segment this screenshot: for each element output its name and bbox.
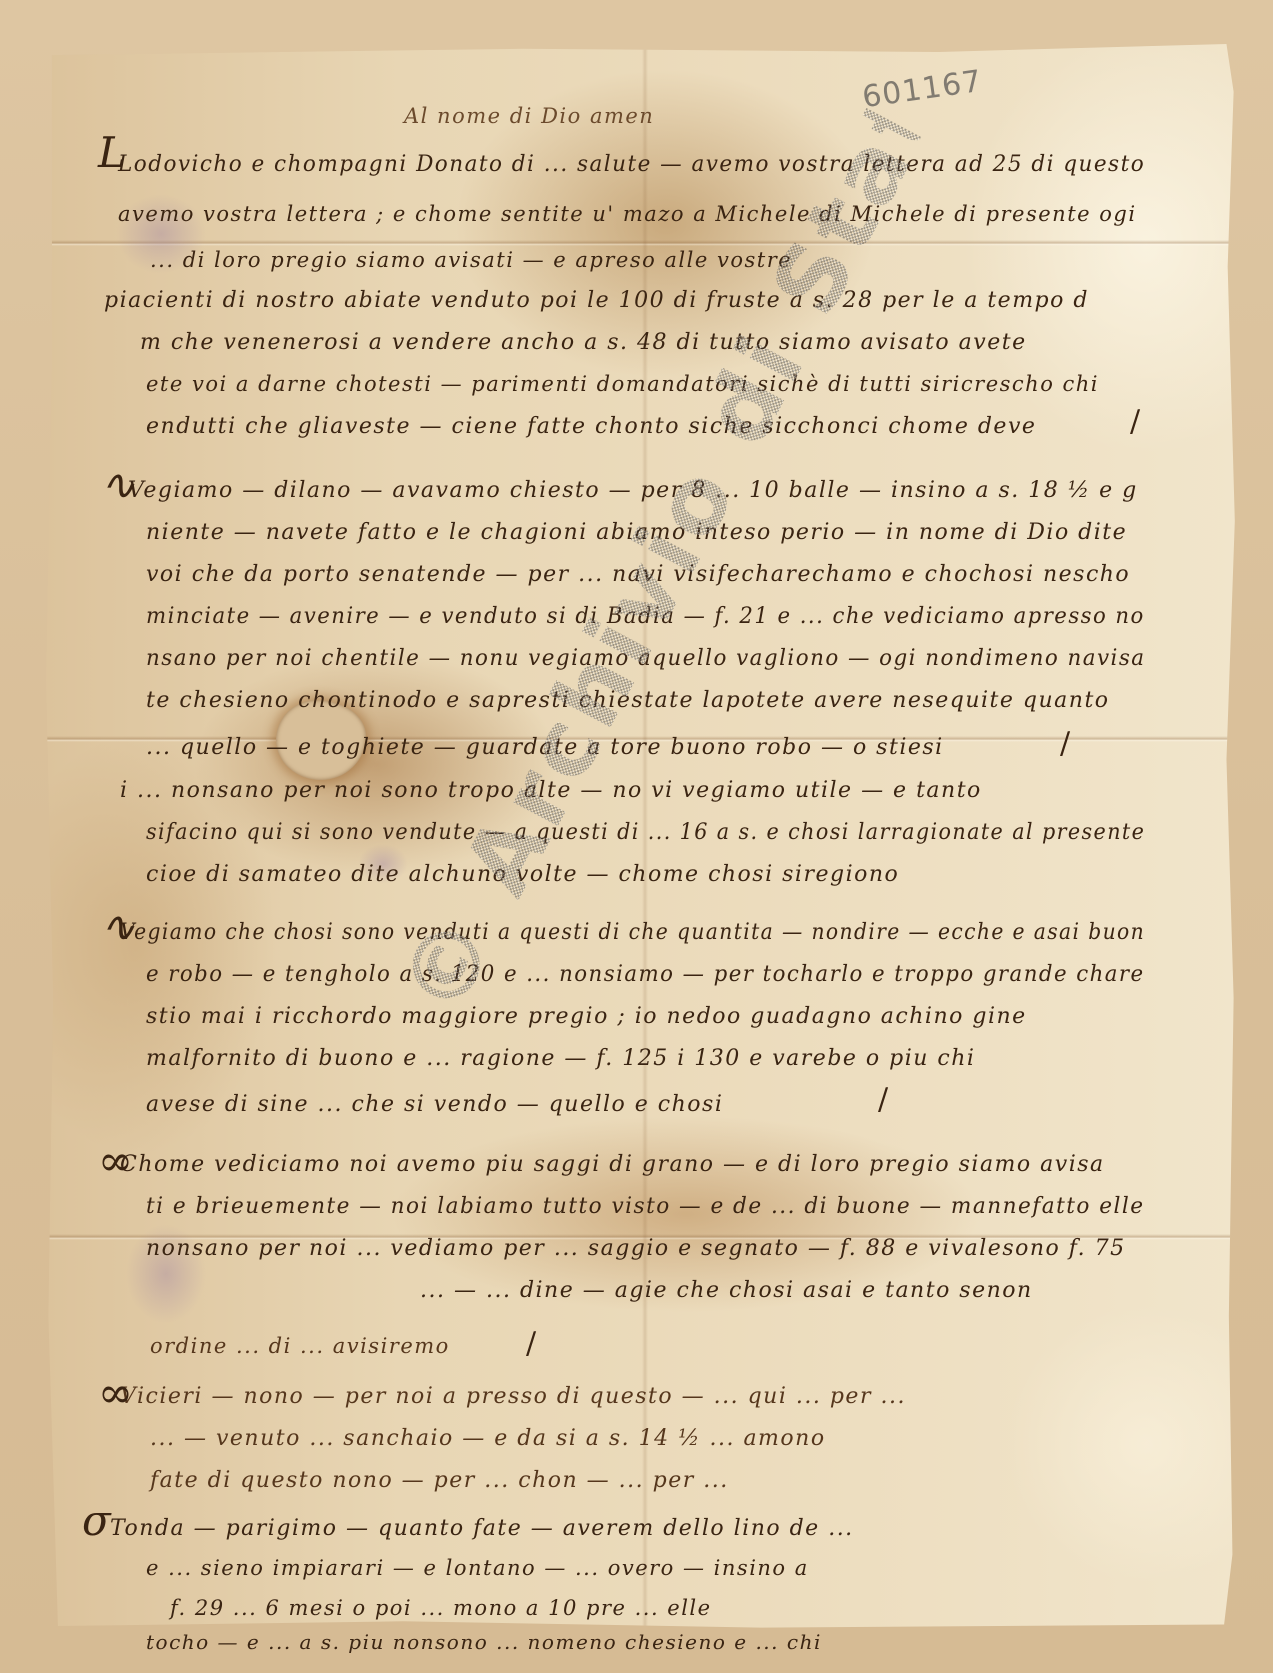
- handwritten-line: Vegiamo che chosi sono venduti a questi …: [120, 920, 1145, 945]
- handwritten-line: Vegiamo — dilano — avavamo chiesto — per…: [128, 478, 1138, 503]
- handwritten-line: cioe di samateo dite alchuno volte — cho…: [146, 862, 899, 887]
- letter-heading: Al nome di Dio amen: [404, 104, 654, 128]
- handwritten-line: Tonda — parigimo — quanto fate — averem …: [110, 1516, 854, 1541]
- handwritten-line: sifacino qui si sono vendute — a questi …: [146, 820, 1145, 845]
- fold-crease: [46, 240, 1236, 246]
- paragraph-mark-icon: σ: [82, 1500, 111, 1542]
- paragraph-mark-icon: L: [98, 132, 126, 174]
- section-end-mark: /: [1130, 404, 1140, 439]
- handwritten-line: m che venenerosi a vendere ancho a s. 48…: [140, 330, 1027, 355]
- paragraph-mark-icon: ∿: [100, 464, 135, 506]
- handwritten-line: e ... sieno impiarari — e lontano — ... …: [146, 1556, 809, 1580]
- handwritten-line: te chesieno chontinodo e sapresti chiest…: [146, 688, 1110, 713]
- paragraph-mark-icon: ∿: [100, 906, 135, 948]
- handwritten-line: e robo — e tengholo a s. 120 e ... nonsi…: [146, 962, 1145, 987]
- section-end-mark: /: [878, 1082, 888, 1117]
- handwritten-line: ordine ... di ... avisiremo: [150, 1334, 450, 1358]
- handwritten-line: ... — ... dine — agie che chosi asai e t…: [420, 1278, 1033, 1303]
- handwritten-line: avemo vostra lettera ; e chome sentite u…: [118, 202, 1137, 226]
- handwritten-line: nonsano per noi ... vediamo per ... sagg…: [146, 1236, 1126, 1261]
- handwritten-line: stio mai i ricchordo maggiore pregio ; i…: [146, 1004, 1027, 1029]
- section-end-mark: /: [1060, 726, 1070, 761]
- handwritten-line: ete voi a darne chotesti — parimenti dom…: [146, 372, 1099, 396]
- handwritten-line: piacienti di nostro abiate venduto poi l…: [104, 288, 1089, 313]
- handwritten-line: i ... nonsano per noi sono tropo alte — …: [120, 778, 982, 803]
- handwritten-line: nsano per noi chentile — nonu vegiamo aq…: [146, 646, 1146, 671]
- handwritten-line: Lodovicho e chompagni Donato di ... salu…: [118, 152, 1145, 177]
- handwritten-line: f. 29 ... 6 mesi o poi ... mono a 10 pre…: [170, 1596, 712, 1620]
- section-end-mark: /: [526, 1326, 536, 1361]
- handwritten-line: Chome vediciamo noi avemo piu saggi di g…: [120, 1152, 1105, 1177]
- handwritten-line: voi che da porto senatende — per ... nav…: [146, 562, 1130, 587]
- handwritten-line: avese di sine ... che si vendo — quello …: [146, 1092, 723, 1117]
- handwritten-line: ti e brieuemente — noi labiamo tutto vis…: [146, 1194, 1145, 1219]
- handwritten-line: minciate — avenire — e venduto si di Bad…: [146, 604, 1145, 629]
- handwritten-line: fate di questo nono — per ... chon — ...…: [150, 1468, 729, 1493]
- paragraph-mark-icon: ∞: [98, 1140, 133, 1182]
- handwritten-line: malfornito di buono e ... ragione — f. 1…: [146, 1046, 975, 1071]
- handwritten-line: endutti che gliaveste — ciene fatte chon…: [146, 414, 1036, 439]
- handwritten-line: ... — venuto ... sanchaio — e da si a s.…: [150, 1426, 826, 1451]
- handwritten-line: ... di loro pregio siamo avisati — e apr…: [150, 248, 792, 272]
- paragraph-mark-icon: ∞: [98, 1372, 133, 1414]
- handwritten-line: Vicieri — nono — per noi a presso di que…: [120, 1384, 906, 1409]
- handwritten-line: niente — navete fatto e le chagioni abia…: [146, 520, 1127, 545]
- handwritten-line: ... quello — e toghiete — guardate a tor…: [146, 735, 944, 760]
- handwritten-line: tocho — e ... a s. piu nonsono ... nomen…: [146, 1630, 822, 1654]
